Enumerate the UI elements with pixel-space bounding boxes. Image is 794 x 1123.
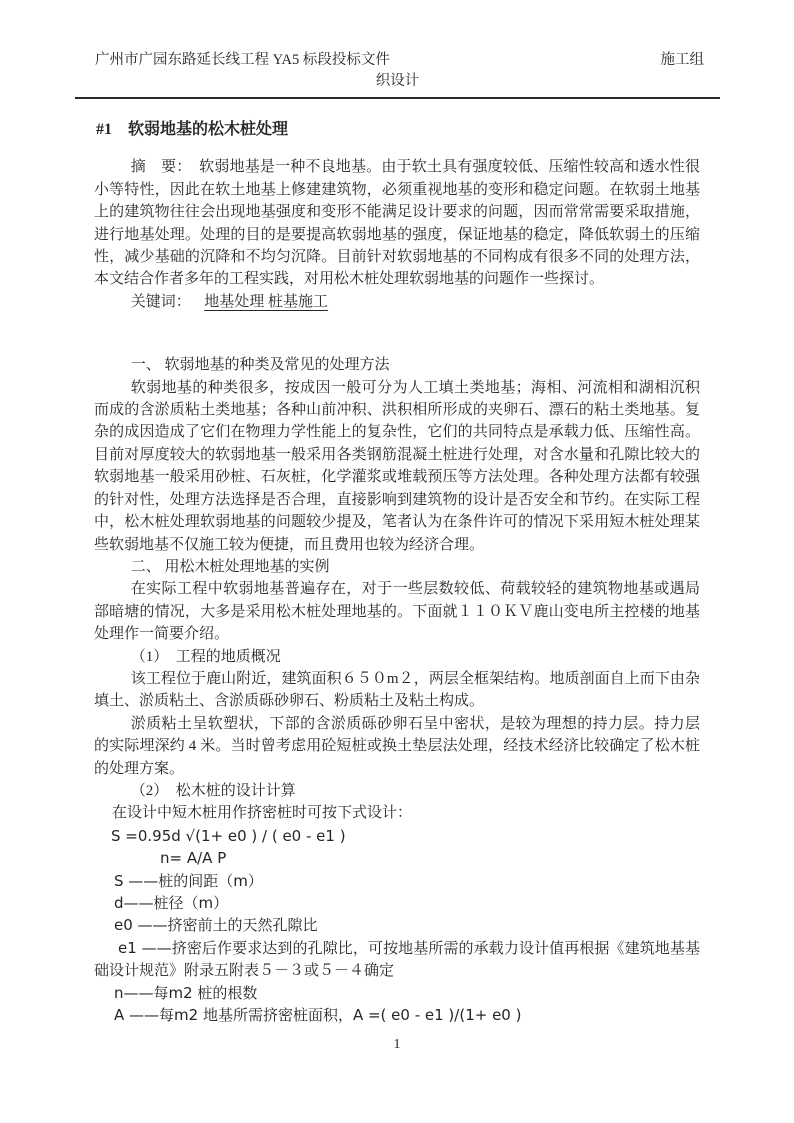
header-line-2: 织设计 (75, 71, 720, 92)
header-document-title: 广州市广园东路延长线工程 YA5 标段投标文件 (95, 50, 390, 71)
subsection-1-paragraph-2: 淤质粘土呈软塑状，下部的含淤质砾砂卵石呈中密状，是较为理想的持力层。持力层的实际… (94, 713, 700, 780)
definition-e1: e1 ——挤密后作要求达到的孔隙比，可按地基所需的承载力设计值再根据《建筑地基基… (94, 937, 700, 982)
page-header: 广州市广园东路延长线工程 YA5 标段投标文件 施工组 织设计 (75, 50, 720, 99)
section-1-heading: 一、 软弱地基的种类及常见的处理方法 (94, 354, 700, 376)
keywords-label: 关键词： (131, 294, 191, 310)
section-2-paragraph: 在实际工程中软弱地基普遍存在，对于一些层数较低、荷载较轻的建筑物地基或遇局部暗塘… (94, 578, 700, 645)
definition-n: n——每m2 桩的根数 (94, 982, 700, 1004)
abstract-paragraph: 摘 要： 软弱地基是一种不良地基。由于软土具有强度较低、压缩性较高和透水性很小等… (94, 156, 700, 290)
definition-d: d——桩径（m） (94, 892, 700, 914)
section-1-paragraph: 软弱地基的种类很多，按成因一般可分为人工填土类地基；海相、河流相和湖相沉积而成的… (94, 377, 700, 556)
blank-spacer (94, 313, 700, 354)
formula-intro-line: 在设计中短木桩用作挤密桩时可按下式设计： (94, 802, 700, 824)
subsection-1-heading: （1） 工程的地质概况 (94, 646, 700, 668)
subsection-1-paragraph-1: 该工程位于鹿山附近，建筑面积６５０m２，两层全框架结构。地质剖面自上而下由杂填土… (94, 668, 700, 713)
definition-a: A ——每m2 地基所需挤密桩面积，A =( e0 - e1 )/(1+ e0 … (94, 1004, 700, 1026)
section-2-heading: 二、 用松木桩处理地基的实例 (94, 556, 700, 578)
document-body: #1 软弱地基的松木桩处理 摘 要： 软弱地基是一种不良地基。由于软土具有强度较… (94, 119, 700, 1026)
definition-e0: e0 ——挤密前土的天然孔隙比 (94, 914, 700, 936)
subsection-2-heading: （2） 松木桩的设计计算 (94, 780, 700, 802)
header-right-text: 施工组 (661, 50, 705, 71)
formula-pile-count: n= A/A P (94, 847, 700, 869)
keywords-line: 关键词：地基处理 桩基施工 (94, 291, 700, 313)
document-page: 广州市广园东路延长线工程 YA5 标段投标文件 施工组 织设计 #1 软弱地基的… (0, 0, 794, 1123)
page-number: 1 (0, 1037, 794, 1053)
document-title: #1 软弱地基的松木桩处理 (96, 119, 700, 141)
header-line-1: 广州市广园东路延长线工程 YA5 标段投标文件 施工组 (75, 50, 720, 71)
keywords-value: 地基处理 桩基施工 (204, 294, 328, 310)
formula-spacing: S =0.95d √(1+ e0 ) / ( e0 - e1 ) (94, 825, 700, 847)
definition-s: S ——桩的间距（m） (94, 870, 700, 892)
